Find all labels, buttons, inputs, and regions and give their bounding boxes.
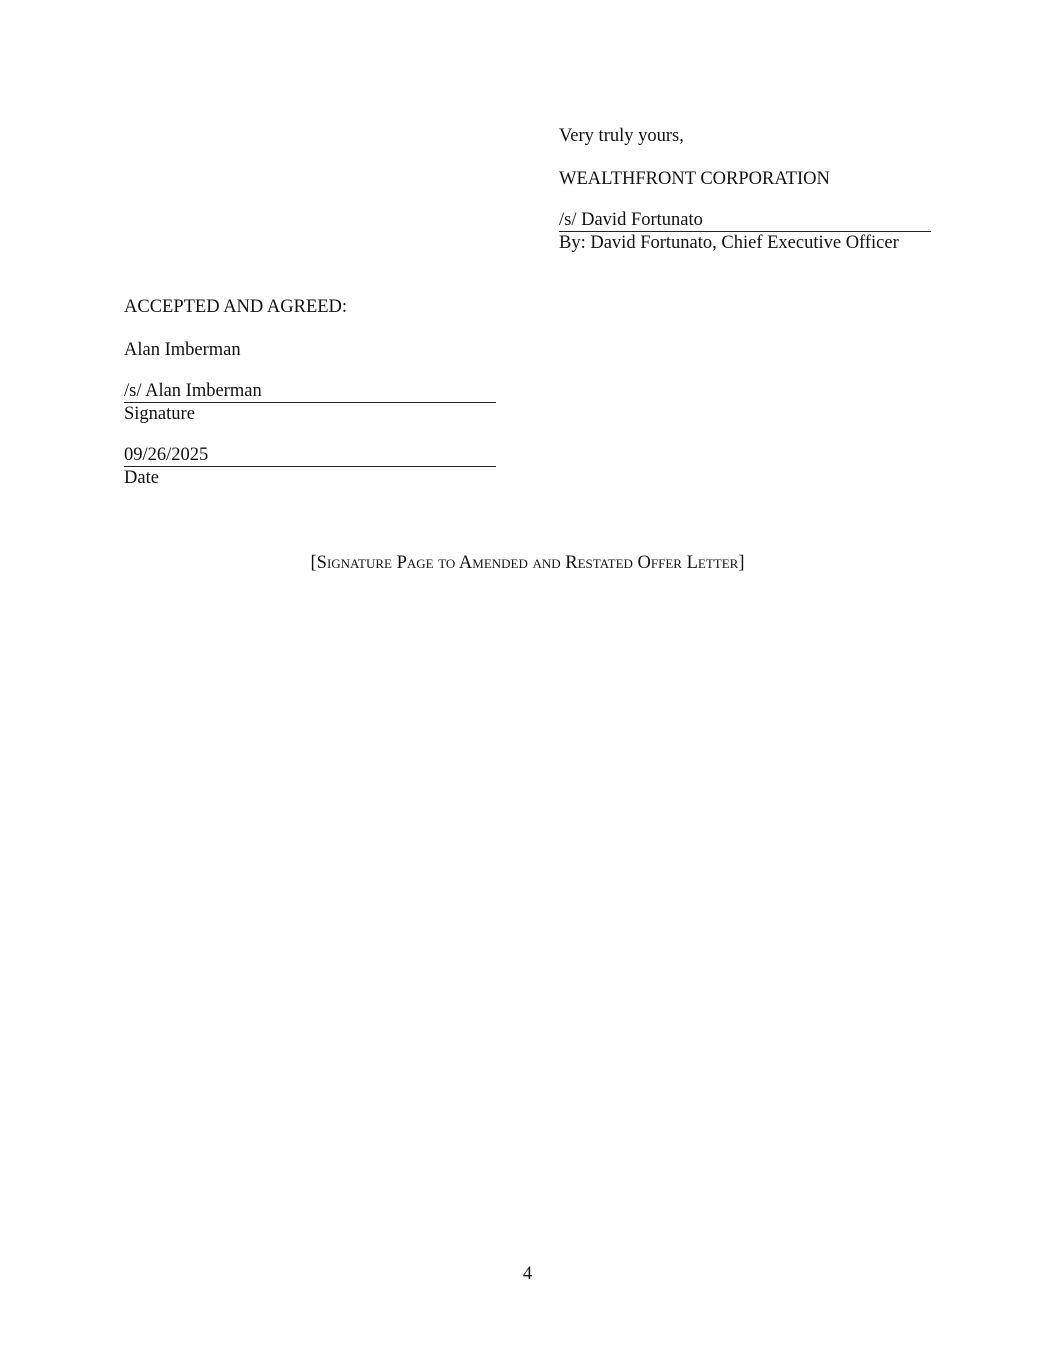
page-caption: [Signature Page to Amended and Restated … (0, 552, 1055, 574)
salutation: Very truly yours, (559, 125, 684, 147)
signer-title: By: David Fortunato, Chief Executive Off… (559, 232, 899, 254)
employee-signature: /s/ Alan Imberman (124, 381, 262, 401)
date-label: Date (124, 467, 159, 489)
company-signature-line: /s/ David Fortunato (559, 210, 931, 232)
employee-signature-line: /s/ Alan Imberman (124, 381, 496, 403)
signature-label: Signature (124, 403, 195, 425)
company-signature: /s/ David Fortunato (559, 210, 703, 230)
employee-name: Alan Imberman (124, 339, 241, 361)
acceptance-heading: ACCEPTED AND AGREED: (124, 296, 347, 318)
company-name: WEALTHFRONT CORPORATION (559, 168, 830, 190)
date-value: 09/26/2025 (124, 445, 208, 465)
date-line: 09/26/2025 (124, 445, 496, 467)
page-number: 4 (0, 1263, 1055, 1285)
